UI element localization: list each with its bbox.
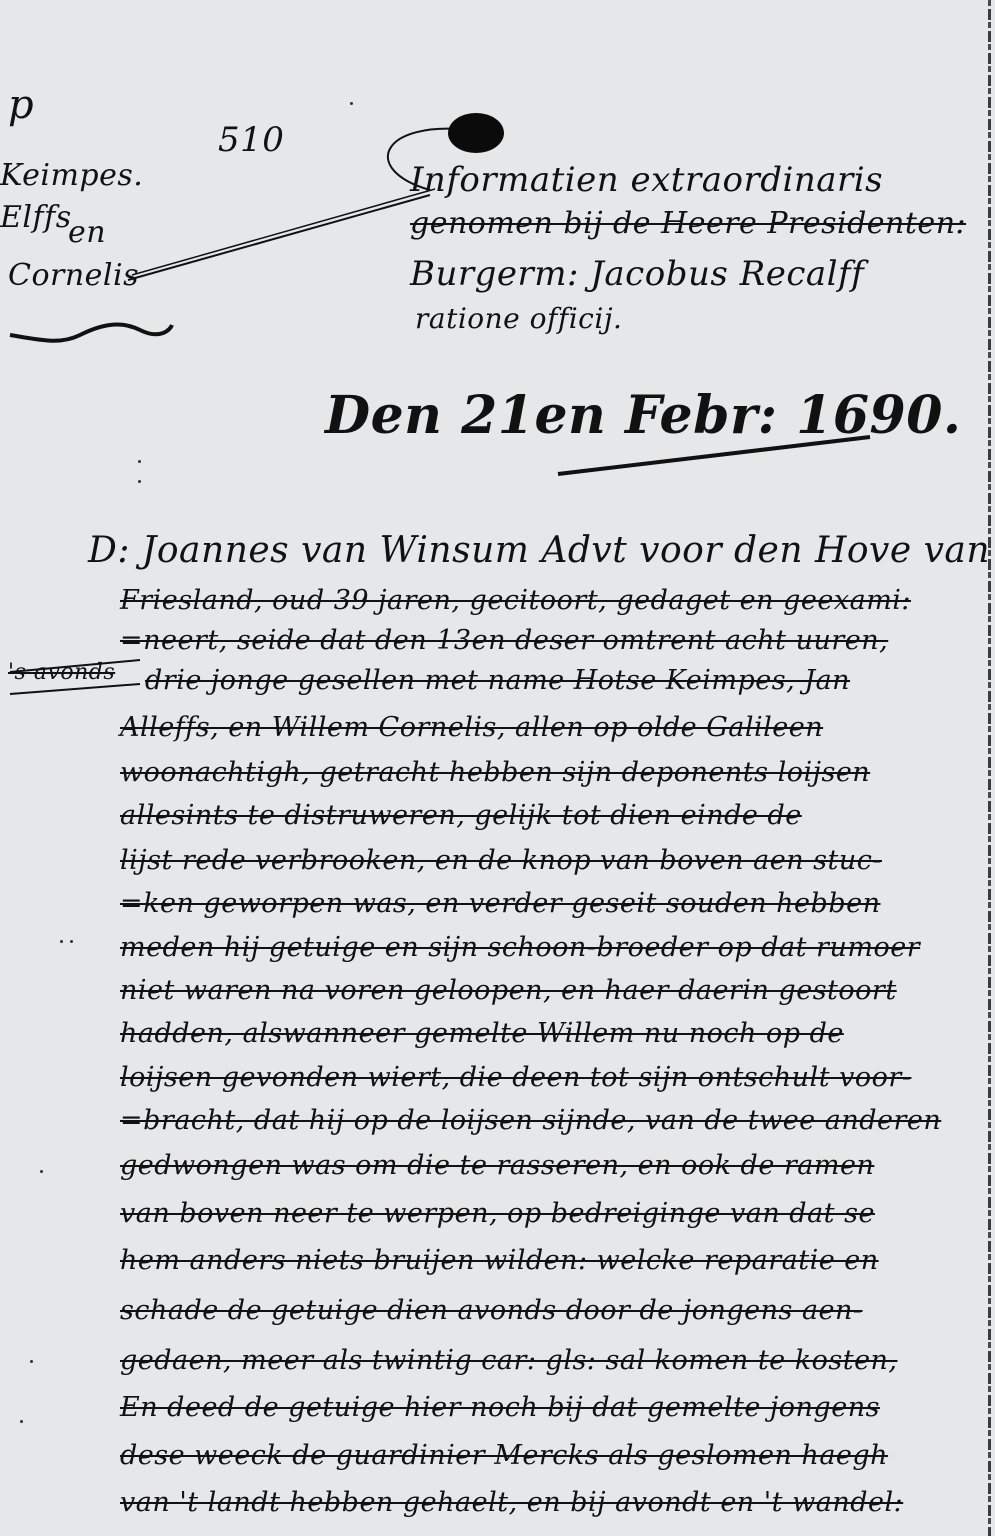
body-line-2: Friesland, oud 39 jaren, gecitoort, geda… — [120, 585, 980, 616]
body-line-16: van boven neer te werpen, op bedreiginge… — [120, 1198, 980, 1229]
body-line-1: D: Joannes van Winsum Advt voor den Hove… — [88, 530, 948, 571]
margin-name-3: en — [68, 215, 106, 250]
body-line-3: =neert, seide dat den 13en deser omtrent… — [120, 625, 980, 656]
heading-line-2: genomen bij de Heere Presidenten: — [410, 206, 966, 241]
heading-line-3: Burgerm: Jacobus Recalff — [410, 254, 864, 294]
body-line-8: lijst rede verbrooken, en de knop van bo… — [120, 845, 980, 876]
margin-letter: p — [8, 82, 34, 128]
date-line: Den 21en Febr: 1690. — [325, 385, 962, 446]
body-line-21: dese weeck de guardinier Mercks als gesl… — [120, 1440, 980, 1471]
heading-line-1: Informatien extraordinaris — [410, 160, 883, 200]
margin-name-2: Elffs — [0, 200, 72, 235]
body-line-6: woonachtigh, getracht hebben sijn depone… — [120, 757, 980, 788]
body-line-9: =ken geworpen was, en verder geseit soud… — [120, 888, 980, 919]
heading-line-4: ratione officij. — [415, 302, 622, 335]
margin-note-avonds: 's avonds — [8, 660, 115, 685]
body-line-22: van 't landt hebben gehaelt, en bij avon… — [120, 1487, 980, 1518]
margin-name-1: Keimpes. — [0, 158, 143, 193]
ink-blot — [448, 113, 504, 153]
body-line-11: niet waren na voren geloopen, en haer da… — [120, 975, 980, 1006]
folio-number: 510 — [218, 120, 284, 160]
body-line-10: meden hij getuige en sijn schoon-broeder… — [120, 932, 980, 963]
body-line-14: =bracht, dat hij op de loijsen sijnde, v… — [120, 1105, 980, 1136]
body-line-12: hadden, alswanneer gemelte Willem nu noc… — [120, 1018, 980, 1049]
body-line-4: drie jonge gesellen met name Hotse Keimp… — [145, 665, 995, 696]
body-line-5: Alleffs, en Willem Cornelis, allen op ol… — [120, 712, 980, 743]
body-line-15: gedwongen was om die te rasseren, en ook… — [120, 1150, 980, 1181]
manuscript-page: p 510 Keimpes. Elffs en Cornelis Informa… — [0, 0, 995, 1536]
body-line-19: gedaen, meer als twintig car: gls: sal k… — [120, 1345, 980, 1376]
body-line-20: En deed de getuige hier noch bij dat gem… — [120, 1392, 980, 1423]
body-line-18: schade de getuige dien avonds door de jo… — [120, 1295, 980, 1326]
body-line-17: hem anders niets bruijen wilden: welcke … — [120, 1245, 980, 1276]
margin-name-4: Cornelis — [8, 258, 139, 293]
body-line-7: allesints te distruweren, gelijk tot die… — [120, 800, 980, 831]
body-line-13: loijsen gevonden wiert, die deen tot sij… — [120, 1062, 980, 1093]
